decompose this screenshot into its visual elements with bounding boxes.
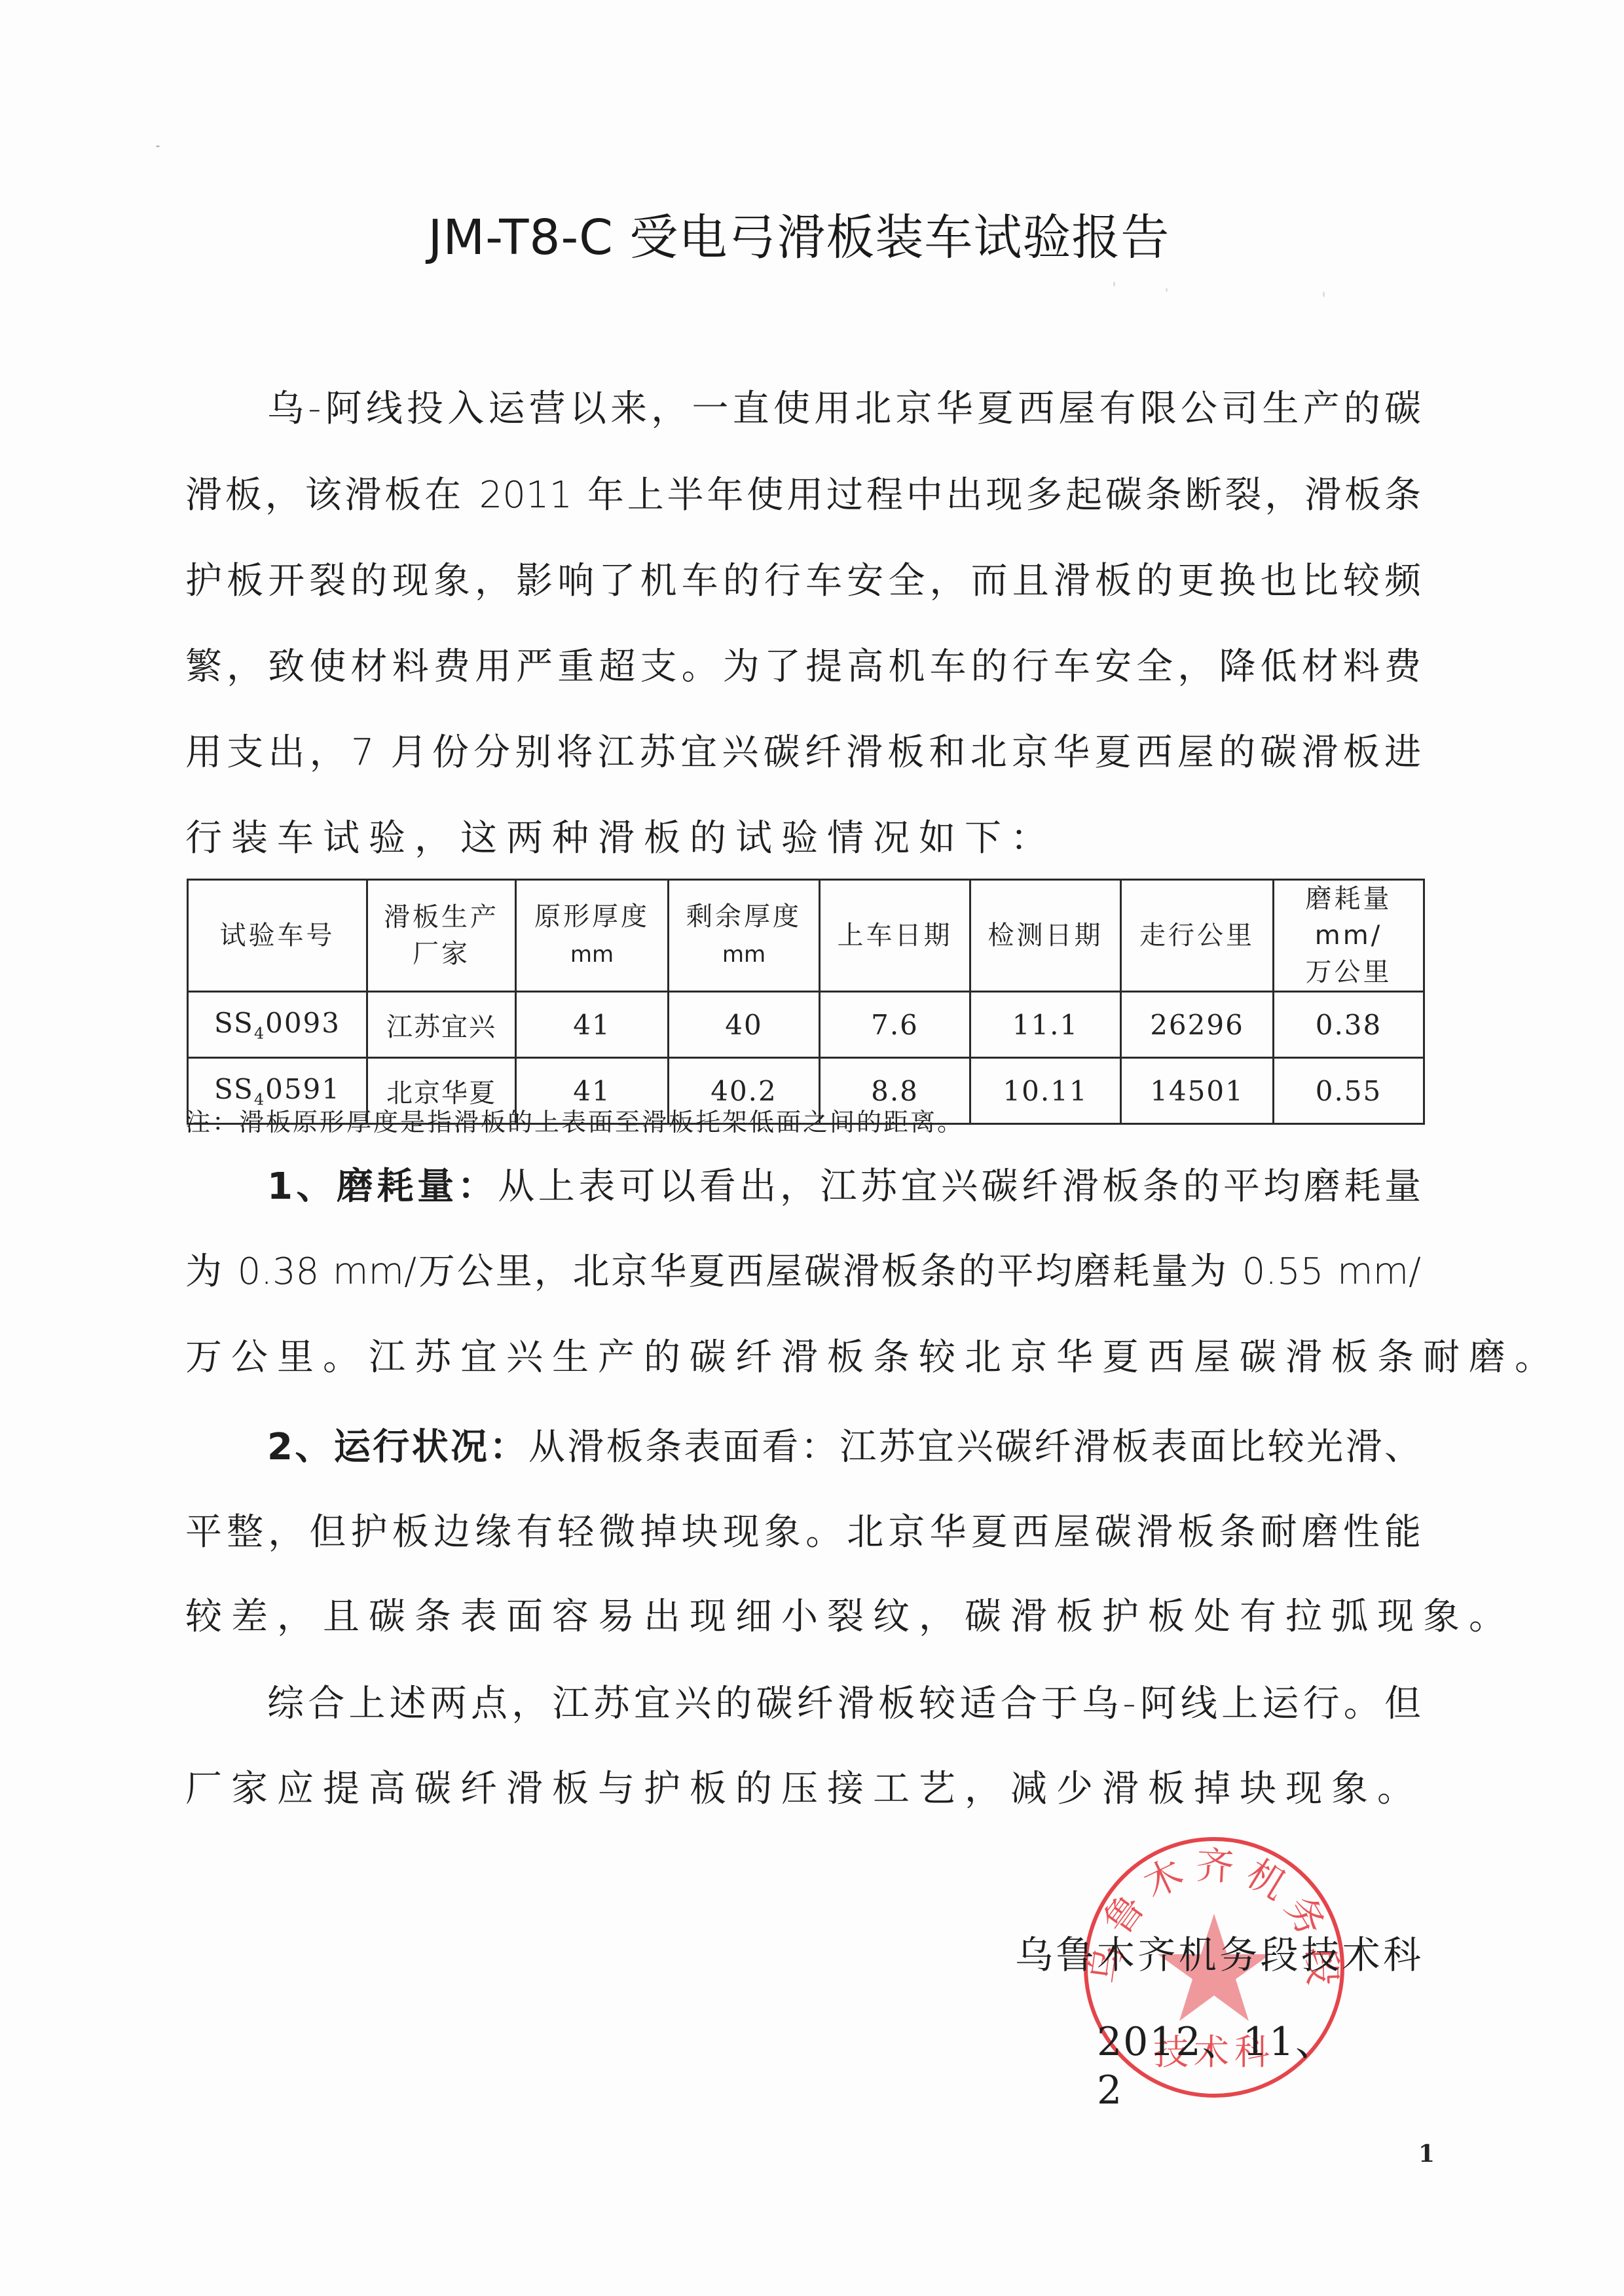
- section1-line-1: 1、磨耗量：从上表可以看出，江苏宜兴碳纤滑板条的平均磨耗量: [267, 1164, 1421, 1210]
- cell-original-thickness: 41: [516, 992, 669, 1058]
- intro-line-2: 滑板，该滑板在 2011 年上半年使用过程中出现多起碳条断裂，滑板条: [185, 473, 1421, 519]
- scan-speck: [1323, 291, 1325, 297]
- conclusion-line-1: 综合上述两点，江苏宜兴的碳纤滑板较适合于乌-阿线上运行。但: [267, 1681, 1421, 1727]
- scan-speck: [156, 145, 160, 147]
- cell-manufacturer: 江苏宜兴: [367, 992, 516, 1058]
- header-original-thickness: 原形厚度mm: [516, 880, 669, 992]
- header-wear-rate: 磨耗量mm/万公里: [1274, 880, 1424, 992]
- header-inspect-date: 检测日期: [970, 880, 1121, 992]
- header-car-number: 试验车号: [188, 880, 367, 992]
- cell-inspect-date: 11.1: [970, 992, 1121, 1058]
- signature-date: 2012、11、2: [1097, 2018, 1359, 2066]
- intro-line-3: 护板开裂的现象，影响了机车的行车安全，而且滑板的更换也比较频: [185, 558, 1421, 604]
- document-title: JM-T8-C 受电弓滑板装车试验报告: [419, 208, 1179, 267]
- cell-distance: 14501: [1121, 1058, 1274, 1124]
- cell-install-date: 7.6: [820, 992, 970, 1058]
- conclusion-line-2: 厂家应提高碳纤滑板与护板的压接工艺，减少滑板掉块现象。: [185, 1766, 1421, 1812]
- header-manufacturer: 滑板生产厂家: [367, 880, 516, 992]
- page-number: 1: [1418, 2141, 1435, 2167]
- table-header-row: 试验车号 滑板生产厂家 原形厚度mm 剩余厚度mm 上车日期 检测日期 走行公里…: [188, 880, 1424, 992]
- section1-line-3: 万公里。江苏宜兴生产的碳纤滑板条较北京华夏西屋碳滑板条耐磨。: [185, 1335, 1421, 1381]
- signature-department: 乌鲁木齐机务段技术科: [1015, 1931, 1421, 1978]
- section1-heading: 1、磨耗量：: [267, 1165, 498, 1208]
- header-distance: 走行公里: [1121, 880, 1274, 992]
- scan-speck: [1113, 282, 1115, 287]
- scan-speck: [1166, 288, 1168, 292]
- cell-car-number: SS40093: [188, 992, 367, 1058]
- intro-line-4: 繁，致使材料费用严重超支。为了提高机车的行车安全，降低材料费: [185, 644, 1421, 690]
- section2-line-1: 2、运行状况：从滑板条表面看：江苏宜兴碳纤滑板表面比较光滑、: [267, 1425, 1421, 1470]
- section2-line-3: 较差，且碳条表面容易出现细小裂纹，碳滑板护板处有拉弧现象。: [185, 1594, 1421, 1640]
- cell-distance: 26296: [1121, 992, 1274, 1058]
- intro-line-5: 用支出，7 月份分别将江苏宜兴碳纤滑板和北京华夏西屋的碳滑板进: [185, 730, 1421, 776]
- test-results-table: 试验车号 滑板生产厂家 原形厚度mm 剩余厚度mm 上车日期 检测日期 走行公里…: [187, 879, 1425, 1125]
- table-row: SS40093 江苏宜兴 41 40 7.6 11.1 26296 0.38: [188, 992, 1424, 1058]
- intro-line-6: 行装车试验，这两种滑板的试验情况如下：: [185, 816, 1421, 862]
- cell-remaining-thickness: 40: [669, 992, 820, 1058]
- header-remaining-thickness: 剩余厚度mm: [669, 880, 820, 992]
- section1-line-2: 为 0.38 mm/万公里，北京华夏西屋碳滑板条的平均磨耗量为 0.55 mm/: [185, 1249, 1421, 1295]
- header-install-date: 上车日期: [820, 880, 970, 992]
- cell-wear-rate: 0.38: [1274, 992, 1424, 1058]
- intro-line-1: 乌-阿线投入运营以来，一直使用北京华夏西屋有限公司生产的碳: [267, 386, 1421, 432]
- cell-wear-rate: 0.55: [1274, 1058, 1424, 1124]
- table-note: 注：滑板原形厚度是指滑板的上表面至滑板托架低面之间的距离。: [185, 1106, 964, 1138]
- section2-heading: 2、运行状况：: [267, 1426, 528, 1468]
- section2-line-2: 平整，但护板边缘有轻微掉块现象。北京华夏西屋碳滑板条耐磨性能: [185, 1510, 1421, 1556]
- cell-inspect-date: 10.11: [970, 1058, 1121, 1124]
